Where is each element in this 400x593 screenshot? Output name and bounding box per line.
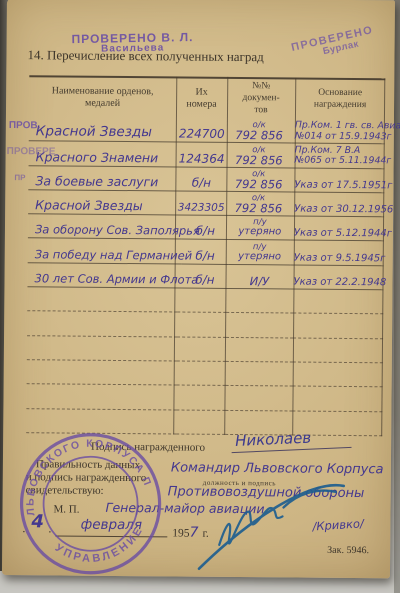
basis-line: №065 от 5.11.1944г bbox=[295, 156, 392, 167]
award-name: За победу над Германией bbox=[28, 239, 182, 265]
basis-line: Указ от 17.5.1951г bbox=[294, 179, 392, 191]
award-number: б/н bbox=[177, 167, 226, 192]
table-row-empty bbox=[27, 360, 383, 387]
table-row: За оборону Сов. Заполярья б/н п/уутеряно… bbox=[28, 214, 384, 241]
margin-stamp-fragment-1: ПРОВ. bbox=[9, 120, 41, 131]
award-number: б/н bbox=[182, 240, 229, 265]
header-line: тов bbox=[254, 105, 267, 117]
header-line: №№ bbox=[252, 81, 270, 93]
header-line: докумен- bbox=[242, 93, 279, 105]
doc-value: И/У bbox=[250, 275, 270, 287]
table-row: Красной Звезды 3423305 о/к792 856 Указ о… bbox=[28, 190, 384, 217]
seal-arc-top-text: ЛЬВОВСКОГО КОРПУСА ПВО bbox=[0, 413, 154, 521]
header-line: Их bbox=[195, 86, 207, 99]
awardee-signature: Николаев bbox=[231, 427, 352, 453]
doc-value: 792 856 bbox=[235, 202, 283, 214]
award-number: 3423305 bbox=[177, 191, 226, 216]
table-row: Красного Знамени 124364 о/к792 856 Пр.Ко… bbox=[29, 141, 385, 168]
award-name: За боевые заслуги bbox=[28, 166, 177, 192]
award-number: 224700 bbox=[177, 118, 226, 143]
doc-value: 792 856 bbox=[235, 178, 283, 190]
table-row-empty bbox=[27, 312, 383, 339]
header-line: Основание bbox=[318, 88, 362, 100]
margin-stamp-fragment-3: ПР bbox=[14, 173, 25, 182]
table-row-empty bbox=[26, 384, 382, 411]
table-row: За победу над Германией б/н п/уутеряно У… bbox=[28, 239, 384, 266]
doc-value: 792 856 bbox=[235, 154, 283, 166]
doc-label: п/у bbox=[253, 243, 267, 251]
photo-background: ПРОВЕРЕНО В. Л. Васильева ПРОВЕРЕНО Бурл… bbox=[0, 0, 400, 593]
header-number: Их номера bbox=[176, 78, 227, 118]
document-paper: ПРОВЕРЕНО В. Л. Васильева ПРОВЕРЕНО Бурл… bbox=[2, 0, 395, 578]
header-line: награждения bbox=[314, 100, 366, 112]
doc-label: п/у bbox=[253, 219, 267, 227]
basis-line: №014 от 15.9.1943г bbox=[295, 131, 392, 142]
table-row: 30 лет Сов. Армии и Флота б/н И/У Указ о… bbox=[27, 263, 383, 290]
table-body: Красной Звезды 224700 о/к792 856 Пр.Ком.… bbox=[26, 117, 385, 436]
award-number: б/н bbox=[182, 216, 229, 241]
awards-table: Наименование орденов, медалей Их номера … bbox=[26, 75, 385, 436]
round-seal-stamp: ЛЬВОВСКОГО КОРПУСА ПВО УПРАВЛЕНИЕ bbox=[0, 413, 181, 593]
table-row-empty bbox=[27, 287, 383, 314]
checked-stamp-main: ПРОВЕРЕНО В. Л. Васильева bbox=[71, 30, 193, 55]
commander-signature-flourish bbox=[185, 479, 356, 575]
margin-stamp-fragment-2: ПРОВЕРЕ bbox=[7, 146, 56, 157]
award-name: 30 лет Сов. Армии и Флота bbox=[27, 263, 181, 289]
award-number: б/н bbox=[181, 264, 228, 289]
basis-line: Указ от 30.12.1956 bbox=[294, 204, 393, 216]
award-name: За оборону Сов. Заполярья bbox=[28, 214, 182, 240]
doc-value: 792 856 bbox=[235, 129, 283, 141]
header-basis: Основание награждения bbox=[295, 80, 385, 121]
basis-line: Указ от 5.12.1944г bbox=[294, 228, 392, 240]
header-line: номера bbox=[186, 99, 216, 112]
award-number: 124364 bbox=[177, 143, 226, 168]
award-name: Красной Звезды bbox=[28, 190, 177, 216]
checked-stamp-corner: ПРОВЕРЕНО Бурлак bbox=[290, 24, 376, 64]
table-row: Красной Звезды 224700 о/к792 856 Пр.Ком.… bbox=[29, 117, 385, 144]
table-row-empty bbox=[27, 336, 383, 363]
table-row: За боевые заслуги б/н о/к792 856 Указ от… bbox=[28, 166, 384, 193]
svg-text:ЛЬВОВСКОГО КОРПУСА ПВО: ЛЬВОВСКОГО КОРПУСА ПВО bbox=[0, 413, 154, 521]
header-line: медалей bbox=[85, 98, 120, 111]
basis-line: Указ от 22.2.1948 bbox=[293, 277, 386, 289]
doc-value: утеряно bbox=[238, 227, 281, 239]
date-day: 4 bbox=[31, 511, 44, 532]
table-header-row: Наименование орденов, медалей Их номера … bbox=[29, 77, 385, 120]
award-name: Красной Звезды bbox=[29, 117, 178, 143]
doc-value: утеряно bbox=[238, 251, 281, 263]
header-line: Наименование орденов, bbox=[52, 85, 154, 98]
commander-position-line1: Командир Львовского Корпуса bbox=[171, 460, 384, 477]
basis-line: Указ от 9.5.1945г bbox=[294, 252, 386, 264]
header-award-name: Наименование орденов, медалей bbox=[29, 77, 176, 118]
header-documents: №№ докумен- тов bbox=[227, 79, 295, 120]
